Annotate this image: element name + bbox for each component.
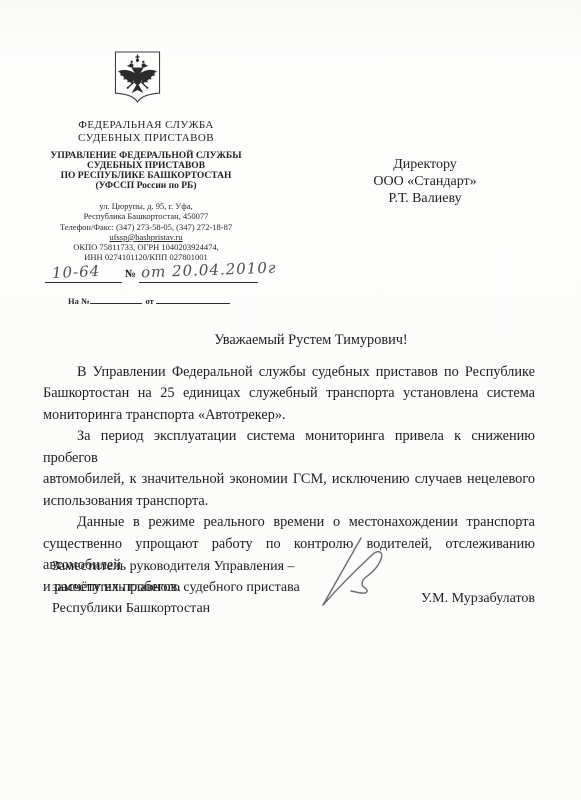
address-line: Республика Башкортостан, 450077: [26, 211, 266, 221]
incoming-number-blank: [90, 295, 142, 304]
incoming-from-label: от: [146, 296, 154, 306]
body-text-line: За период эксплуатации система мониторин…: [43, 426, 535, 469]
body-text-line: использования транспорта.: [43, 491, 535, 513]
handwritten-signature-icon: [298, 527, 398, 619]
body-text-line: Данные в режиме реального времени о мест…: [43, 512, 535, 534]
body-text-line: В Управлении Федеральной службы судебных…: [43, 362, 535, 384]
coat-of-arms-emblem: [113, 50, 162, 105]
incoming-reference-line: На №от: [68, 295, 230, 306]
agency-name-line: СУДЕБНЫХ ПРИСТАВОВ: [26, 132, 266, 145]
address-line: Телефон/Факс: (347) 273-58-05, (347) 272…: [26, 222, 266, 232]
address-lines: ул. Цюрупы, д. 95, г. Уфа,Республика Баш…: [26, 201, 266, 232]
addressee-line: ООО «Стандарт»: [352, 173, 498, 190]
salutation: Уважаемый Рустем Тимурович!: [43, 330, 535, 352]
body-text-line: мониторинга транспорта «Автотрекер».: [43, 405, 535, 427]
agency-name-line: ФЕДЕРАЛЬНАЯ СЛУЖБА: [26, 119, 266, 132]
department-name: УПРАВЛЕНИЕ ФЕДЕРАЛЬНОЙ СЛУЖБЫСУДЕБНЫХ ПР…: [26, 151, 266, 191]
double-headed-eagle-icon: [113, 50, 162, 105]
handwritten-outgoing-number: 10-64: [52, 262, 101, 282]
department-name-line: СУДЕБНЫХ ПРИСТАВОВ: [26, 161, 266, 171]
registry-line: ОКПО 75811733, ОГРН 1040203924474,: [26, 242, 266, 252]
number-sign: №: [125, 268, 136, 280]
department-name-line: УПРАВЛЕНИЕ ФЕДЕРАЛЬНОЙ СЛУЖБЫ: [26, 151, 266, 161]
contact-block: ул. Цюрупы, д. 95, г. Уфа,Республика Баш…: [26, 201, 266, 263]
agency-name: ФЕДЕРАЛЬНАЯ СЛУЖБАСУДЕБНЫХ ПРИСТАВОВ: [26, 119, 266, 145]
incoming-date-blank: [156, 295, 230, 304]
outgoing-date-rule: [139, 282, 258, 283]
addressee-block: ДиректоруООО «Стандарт»Р.Т. Валиеву: [352, 156, 498, 207]
scanned-letter-page: ФЕДЕРАЛЬНАЯ СЛУЖБАСУДЕБНЫХ ПРИСТАВОВ УПР…: [0, 0, 581, 800]
department-name-line: ПО РЕСПУБЛИКЕ БАШКОРТОСТАН: [26, 171, 266, 181]
address-line: ул. Цюрупы, д. 95, г. Уфа,: [26, 201, 266, 211]
addressee-line: Директору: [352, 156, 498, 173]
addressee-line: Р.Т. Валиеву: [352, 190, 498, 207]
email-text: ufssp@bashpristav.ru: [26, 232, 266, 242]
incoming-number-label: На №: [68, 296, 90, 306]
body-text-line: автомобилей, к значительной экономии ГСМ…: [43, 469, 535, 491]
department-name-line: (УФССП России по РБ): [26, 181, 266, 191]
body-text-line: Башкортостан на 25 единицах служебный тр…: [43, 383, 535, 405]
signer-name: У.М. Мурзабулатов: [421, 591, 535, 607]
handwritten-outgoing-date: от 20.04.2010г: [141, 259, 277, 282]
outgoing-number-rule: [45, 282, 122, 283]
